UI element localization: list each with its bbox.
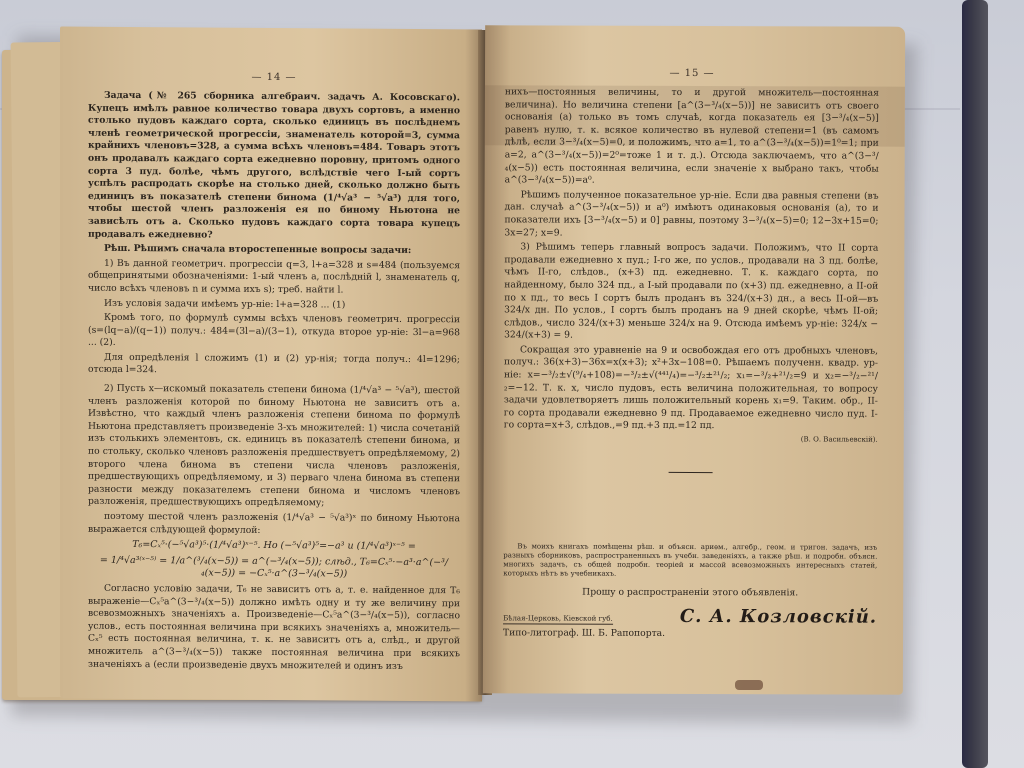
problem-intro: Задача (№ 265 сборника алгебраич. задачъ… <box>88 90 460 244</box>
formula-2: = 1/⁴√a³⁽ˣ⁻⁵⁾ = 1/a^(³/₄(x−5)) = a^(−³/₄… <box>88 555 460 583</box>
paper-stain <box>735 680 763 690</box>
distribution-request: Прошу о распространеніи этого объявленія… <box>503 586 877 600</box>
author-signature: С. А. Козловскій. <box>680 606 877 628</box>
step-1-result: Для опредѣленія l сложимъ (1) и (2) ур-н… <box>88 352 460 380</box>
step-2-continued: поэтому шестой членъ разложенія (1/⁴√a³ … <box>88 511 460 539</box>
exponent-equation: Рѣшимъ полученное показательное ур-ніе. … <box>504 189 878 241</box>
page-number-right: — 15 — <box>505 67 879 79</box>
separator-rule <box>669 472 713 473</box>
dark-strip <box>962 0 988 768</box>
solution-heading: Рѣш. Рѣшимъ сначала второстепенные вопро… <box>88 243 460 258</box>
step-1: 1) Въ данной геометрич. прогрессіи q=3, … <box>88 257 460 297</box>
step-1-equation-1: Изъ условія задачи имѣемъ ур-ніе: l+a=32… <box>88 297 460 312</box>
step-2-end: Согласно условію задачи, T₆ не зависитъ … <box>88 583 460 674</box>
step-3: 3) Рѣшимъ теперь главный вопросъ задачи.… <box>504 241 878 343</box>
right-page-text: нихъ—постоянныя величины, то и другой мн… <box>504 86 879 444</box>
advertisement-notice: Въ моихъ книгахъ помѣщены рѣш. и объясн.… <box>503 542 877 579</box>
step-1-equation-2: Кромѣ того, по формулѣ суммы всѣхъ члено… <box>88 312 460 352</box>
continuation: нихъ—постоянныя величины, то и другой мн… <box>505 86 879 188</box>
signature-row: Бѣлая-Церковь, Кіевской губ. Типо-литогр… <box>503 605 877 641</box>
left-page: — 14 — Задача (№ 265 сборника алгебраич.… <box>60 27 482 702</box>
printer: Типо-литограф. Ш. Б. Рапопорта. <box>503 627 665 640</box>
address: Бѣлая-Церковь, Кіевской губ. <box>503 614 613 624</box>
formula-1: T₆=Cₓ⁵·(−⁵√a³)⁵·(1/⁴√a³)ˣ⁻⁵. Но (−⁵√a³)⁵… <box>88 539 460 554</box>
author-credit: (В. О. Васильевскій). <box>504 434 878 444</box>
right-page: — 15 — нихъ—постоянныя величины, то и др… <box>483 25 905 694</box>
step-3-solve: Сокращая это уравненіе на 9 и освобождая… <box>504 344 878 433</box>
page-number-left: — 14 — <box>88 71 460 85</box>
step-2: 2) Пусть x—искомый показатель степени би… <box>88 383 460 512</box>
left-page-text: Задача (№ 265 сборника алгебраич. задачъ… <box>88 90 460 674</box>
